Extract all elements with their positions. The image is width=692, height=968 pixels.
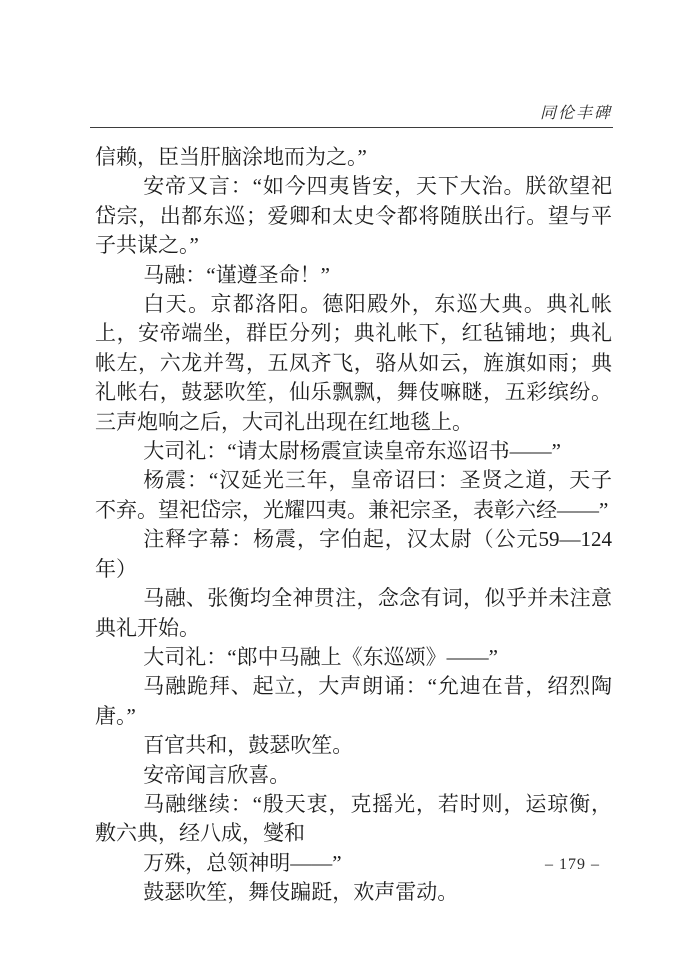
paragraph: 鼓瑟吹笙，舞伎蹁跹，欢声雷动。 (95, 878, 612, 907)
paragraph: 大司礼：“请太尉杨震宣读皇帝东巡诏书——” (95, 437, 612, 466)
paragraph: 马融继续：“殷天衷，克摇光，若时则，运琼衡，敷六典，经八成，燮和 (95, 790, 612, 849)
paragraph: 马融跪拜、起立，大声朗诵：“允迪在昔，绍烈陶唐。” (95, 672, 612, 731)
paragraph: 安帝闻言欣喜。 (95, 761, 612, 790)
paragraph: 白天。京都洛阳。德阳殿外，东巡大典。典礼帐上，安帝端坐，群臣分列；典礼帐下，红毡… (95, 290, 612, 437)
paragraph: 信赖，臣当肝脑涂地而为之。” (95, 143, 612, 172)
header-rule (90, 127, 613, 128)
paragraph: 百官共和，鼓瑟吹笙。 (95, 731, 612, 760)
paragraph: 马融：“谨遵圣命！” (95, 261, 612, 290)
paragraph: 大司礼：“郎中马融上《东巡颂》——” (95, 643, 612, 672)
paragraph: 杨震：“汉延光三年，皇帝诏曰：圣贤之道，天子不弃。望祀岱宗，光耀四夷。兼祀宗圣，… (95, 466, 612, 525)
book-page: 同伦丰碑 信赖，臣当肝脑涂地而为之。”安帝又言：“如今四夷皆安，天下大治。朕欲望… (0, 0, 692, 968)
paragraph: 注释字幕：杨震，字伯起，汉太尉（公元59—124年） (95, 525, 612, 584)
paragraph: 马融、张衡均全神贯注，念念有词，似乎并未注意典礼开始。 (95, 584, 612, 643)
paragraph: 安帝又言：“如今四夷皆安，天下大治。朕欲望祀岱宗，出都东巡；爱卿和太史令都将随朕… (95, 172, 612, 260)
body-text: 信赖，臣当肝脑涂地而为之。”安帝又言：“如今四夷皆安，天下大治。朕欲望祀岱宗，出… (95, 143, 612, 908)
page-number: – 179 – (95, 856, 600, 874)
running-title: 同伦丰碑 (95, 100, 612, 123)
